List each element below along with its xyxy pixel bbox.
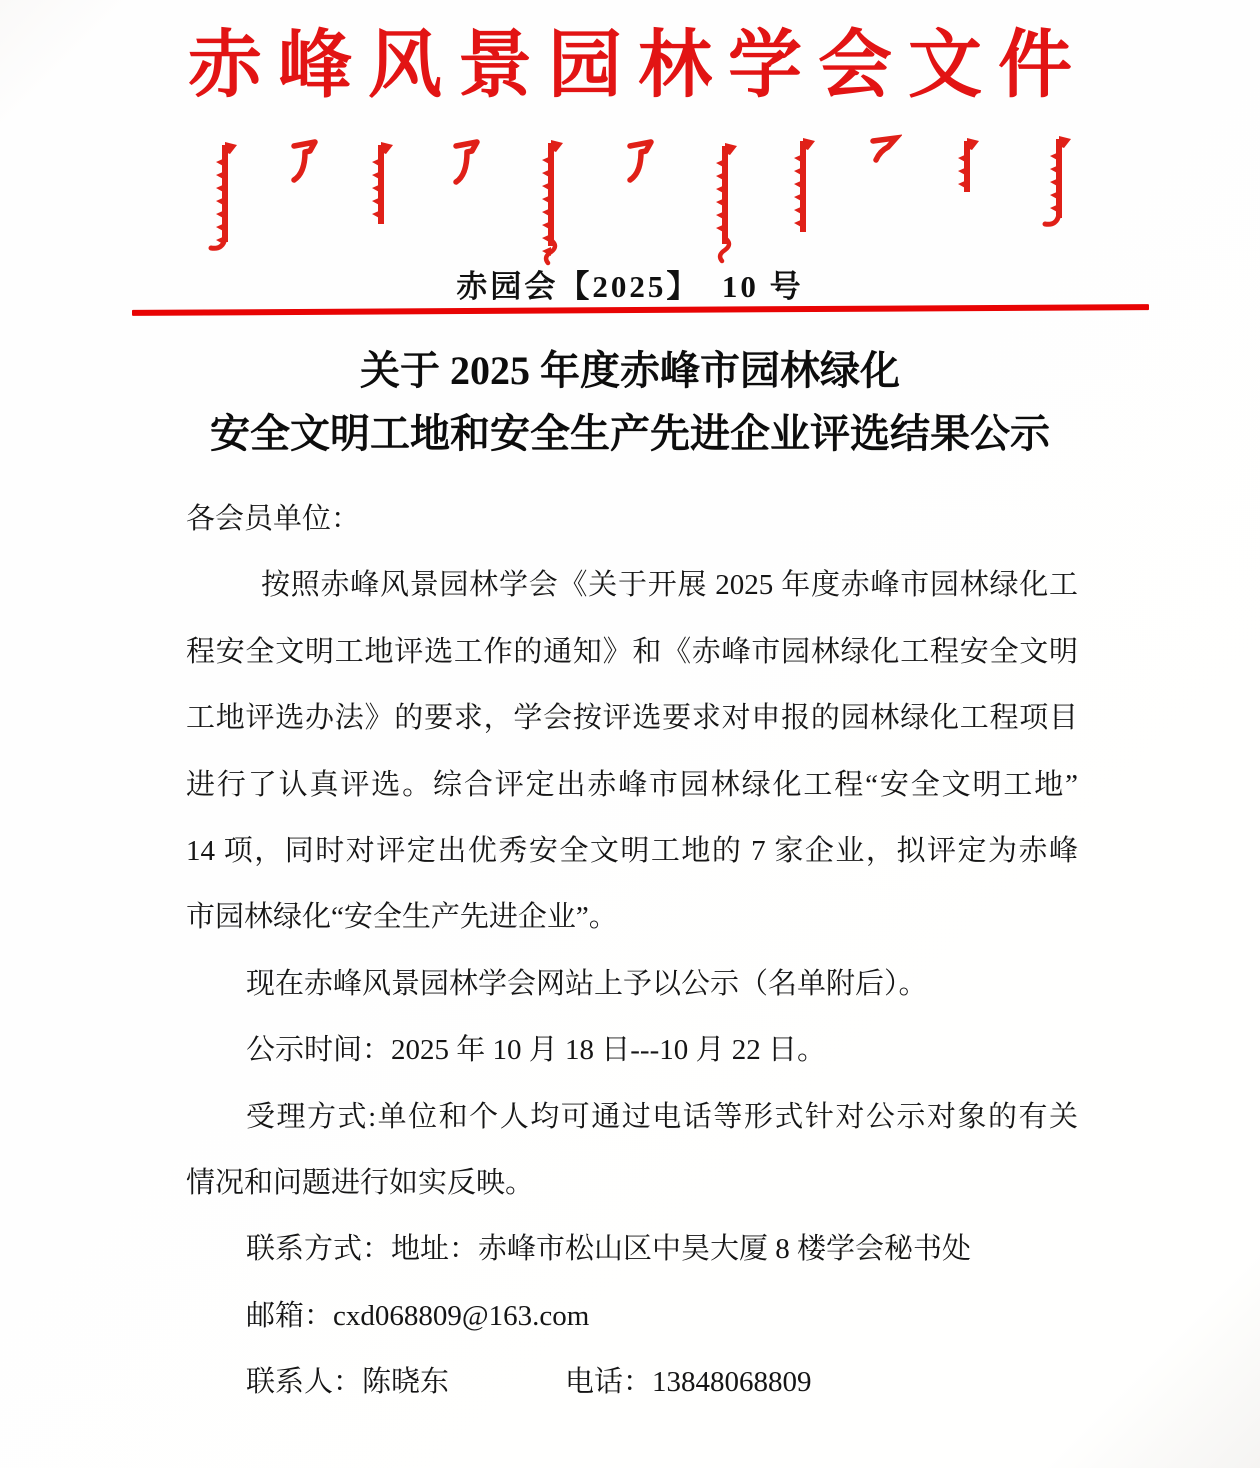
official-document-page: 赤峰风景园林学会文件 赤园会【2025】 10 号 关于 2025 年度赤峰市园… <box>0 0 1260 1468</box>
body-line: 进行了认真评选。综合评定出赤峰市园林绿化工程“安全文明工地” <box>186 752 1078 818</box>
document-body: 各会员单位：按照赤峰风景园林学会《关于开展 2025 年度赤峰市园林绿化工程安全… <box>186 486 1078 1415</box>
document-title-line2: 安全文明工地和安全生产先进企业评选结果公示 <box>0 402 1260 459</box>
body-line: 市园林绿化“安全生产先进企业”。 <box>186 884 1078 950</box>
body-line: 14 项，同时对评定出优秀安全文明工地的 7 家企业，拟评定为赤峰 <box>186 818 1078 884</box>
mongolian-glyph <box>450 138 484 200</box>
mongolian-glyph <box>288 138 322 198</box>
document-number: 赤园会【2025】 10 号 <box>0 261 1260 306</box>
mongolian-glyph <box>362 140 396 244</box>
mongolian-glyph <box>1040 134 1074 238</box>
body-line: 工地评选办法》的要求，学会按评选要求对申报的园林绿化工程项目 <box>186 685 1078 751</box>
mongolian-glyph <box>948 136 982 212</box>
mongolian-glyph <box>706 141 740 264</box>
body-line: 受理方式:单位和个人均可通过电话等形式针对公示对象的有关 <box>186 1084 1078 1150</box>
mongolian-glyph <box>868 134 902 184</box>
body-line: 按照赤峰风景园林学会《关于开展 2025 年度赤峰市园林绿化工 <box>186 552 1078 618</box>
document-title-line1: 关于 2025 年度赤峰市园林绿化 <box>0 339 1260 396</box>
body-line: 邮箱：cxd068809@163.com <box>186 1283 1078 1349</box>
body-line: 程安全文明工地评选工作的通知》和《赤峰市园林绿化工程安全文明 <box>186 619 1078 685</box>
body-line: 各会员单位： <box>186 486 1078 552</box>
body-line: 公示时间：2025 年 10 月 18 日---10 月 22 日。 <box>186 1017 1078 1083</box>
mongolian-glyph <box>624 138 658 198</box>
body-line: 现在赤峰风景园林学会网站上予以公示（名单附后）。 <box>186 951 1078 1017</box>
body-line: 联系方式：地址：赤峰市松山区中昊大厦 8 楼学会秘书处 <box>186 1216 1078 1282</box>
organization-letterhead-title: 赤峰风景园林学会文件 <box>0 6 1260 112</box>
body-line: 联系人：陈晓东 电话：13848068809 <box>186 1349 1078 1415</box>
mongolian-glyph <box>532 138 566 266</box>
mongolian-glyph <box>206 140 240 262</box>
mongolian-glyph <box>784 136 818 252</box>
body-line: 情况和问题进行如实反映。 <box>186 1150 1078 1216</box>
